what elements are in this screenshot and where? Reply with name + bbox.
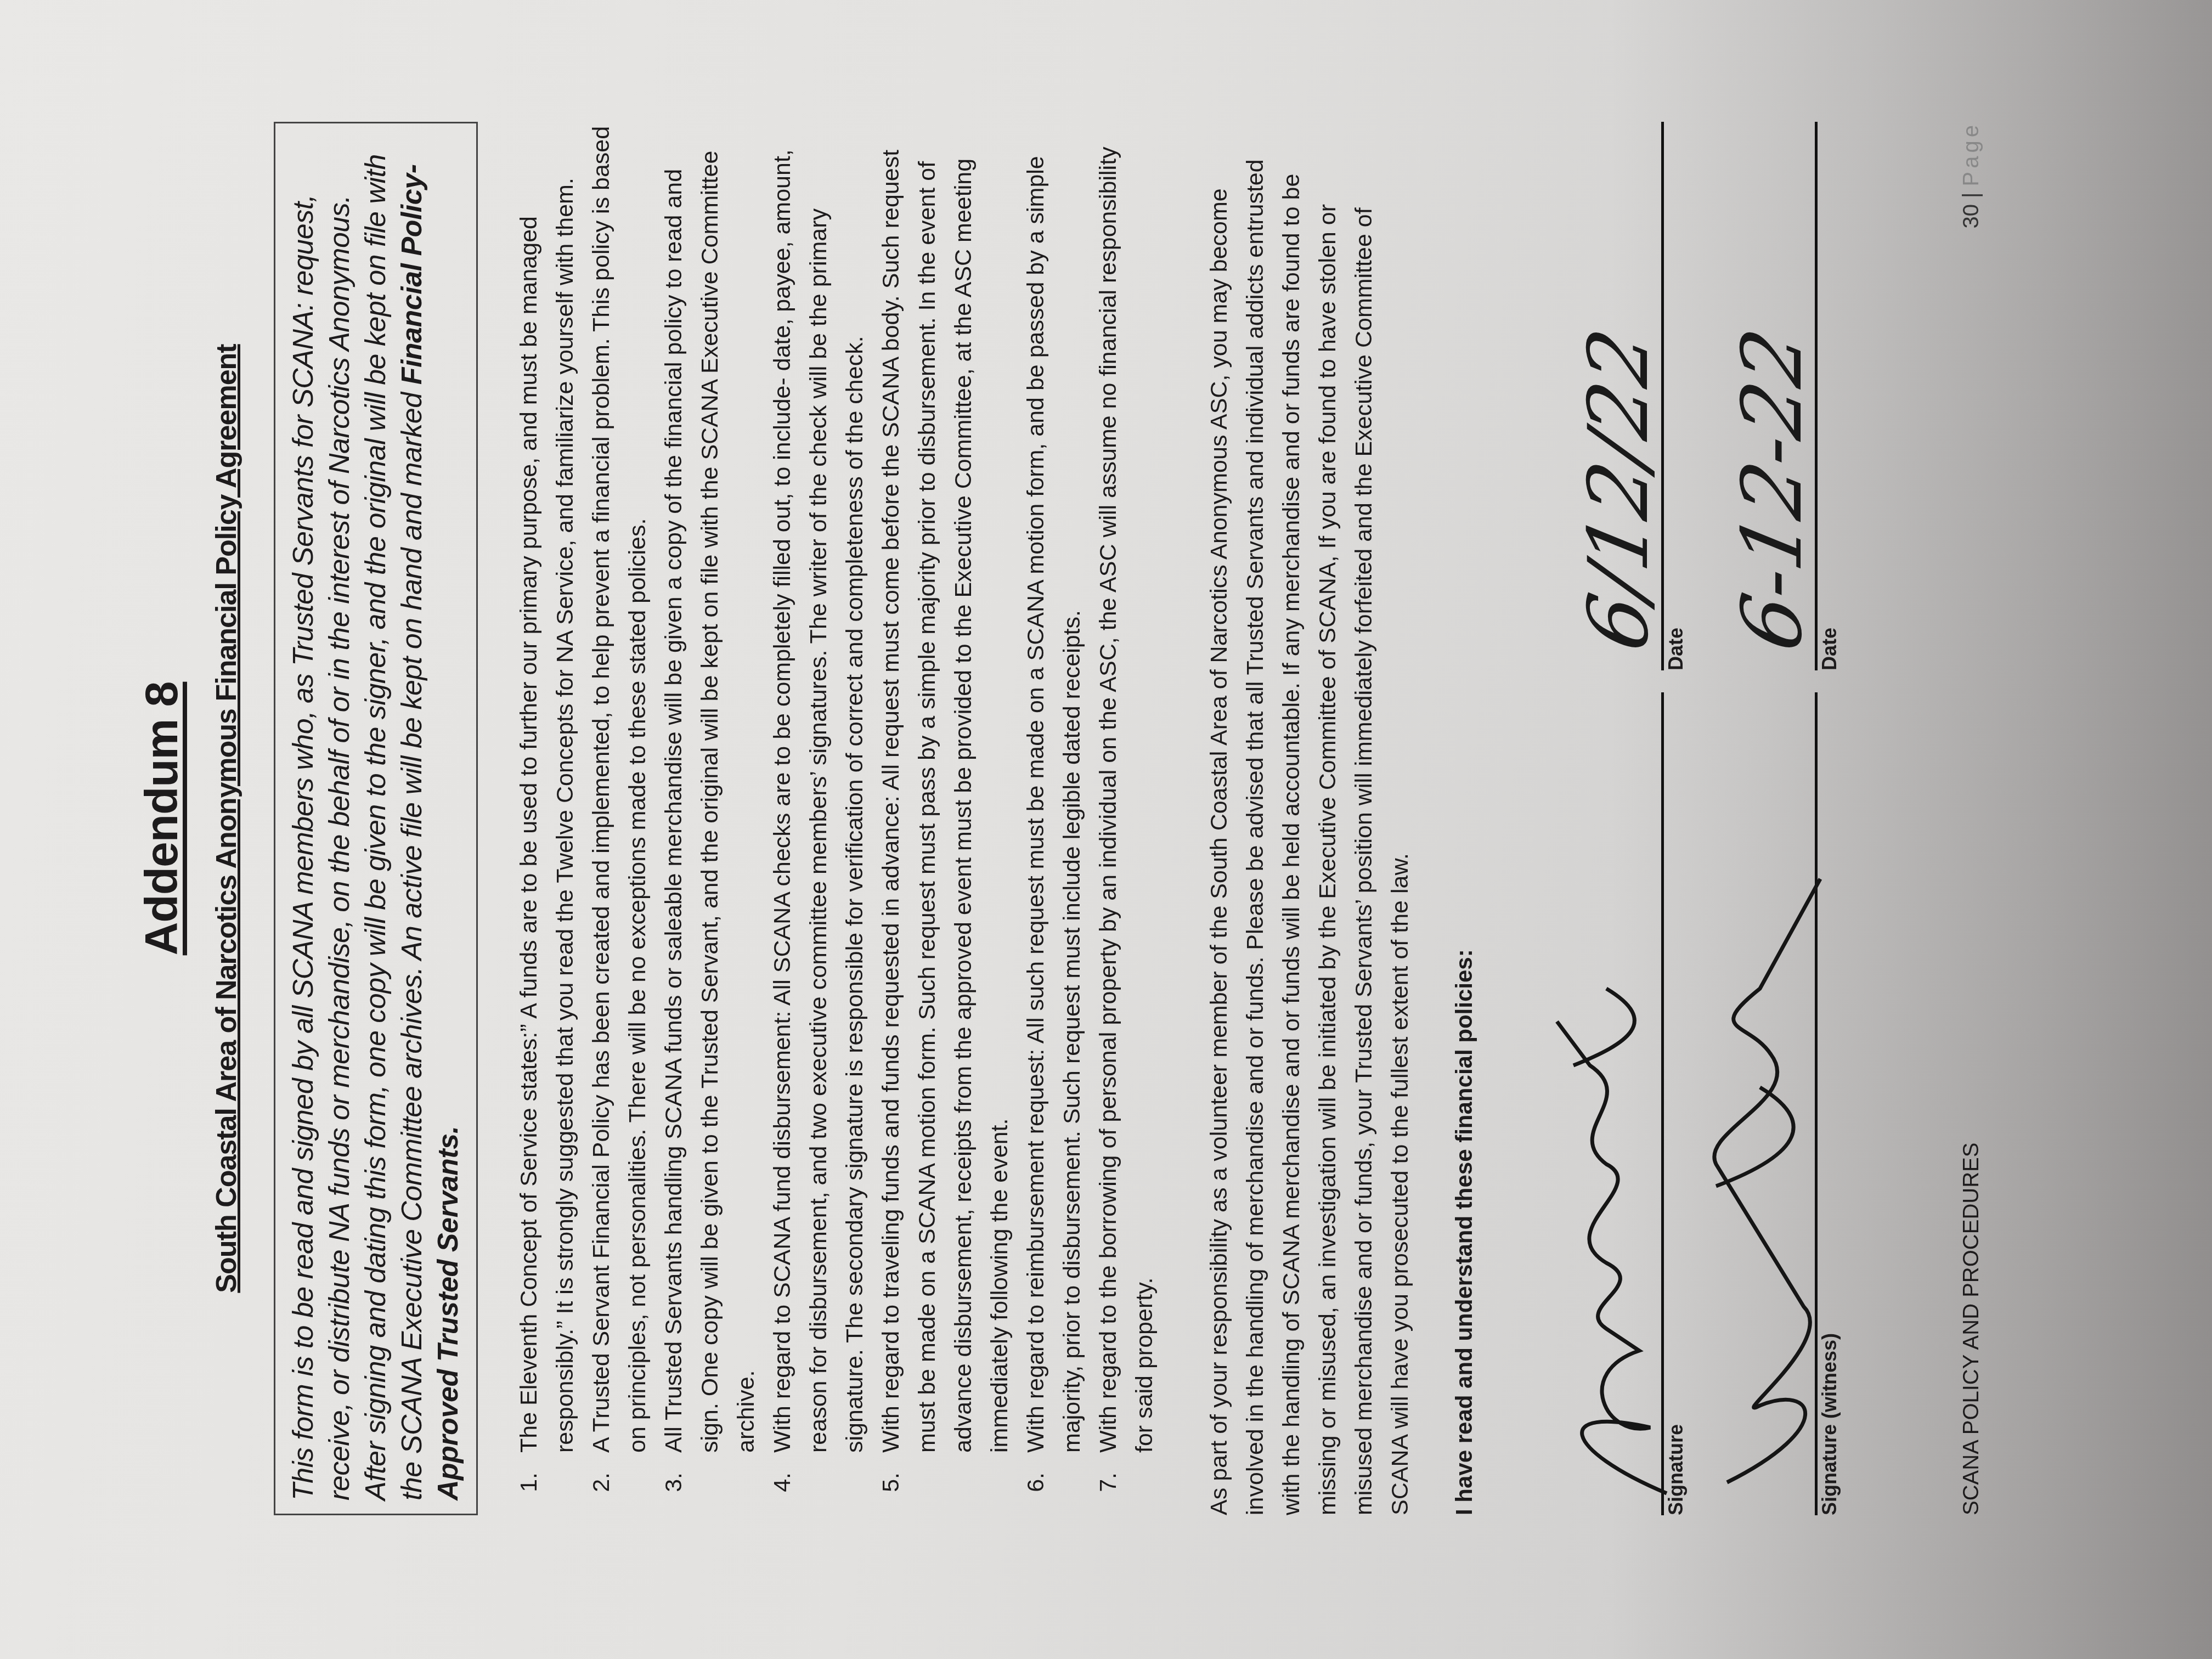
policy-rule: A Trusted Servant Financial Policy has b… xyxy=(583,122,656,1466)
policy-rule: With regard to SCANA fund disbursement: … xyxy=(764,122,873,1466)
responsibility-paragraph: As part of your responsibility as a volu… xyxy=(1201,122,1418,1515)
handwritten-signature-icon xyxy=(1541,692,1683,1515)
date-value: 6/12/22 xyxy=(1571,321,1667,658)
policy-rules-list: The Eleventh Concept of Service states:”… xyxy=(511,122,1163,1515)
witness-date-label: Date xyxy=(1818,628,1841,670)
policy-rule: The Eleventh Concept of Service states:”… xyxy=(511,122,583,1466)
page-title: Addendum 8 xyxy=(135,122,188,1515)
witness-signature-label: Signature (witness) xyxy=(1818,1333,1841,1515)
page-subtitle: South Coastal Area of Narcotics Anonymou… xyxy=(210,122,243,1515)
signature-row: Signature 6/12/22 Date xyxy=(1560,122,1664,1515)
witness-signature-row: Signature (witness) 6-12-22 Date xyxy=(1713,122,1818,1515)
policy-rule: All Trusted Servants handling SCANA fund… xyxy=(656,122,764,1466)
date-field[interactable]: 6/12/22 Date xyxy=(1562,122,1664,670)
signature-field[interactable]: Signature xyxy=(1562,692,1664,1515)
page-word: Page xyxy=(1959,122,1983,186)
handwritten-witness-signature-icon xyxy=(1694,692,1837,1515)
witness-date-field[interactable]: 6-12-22 Date xyxy=(1716,122,1818,670)
date-label: Date xyxy=(1664,628,1688,670)
page-number-value: 30 xyxy=(1959,204,1983,229)
policy-rule: With regard to reimbursement request: Al… xyxy=(1018,122,1090,1466)
notice-box: This form is to be read and signed by al… xyxy=(274,122,478,1515)
witness-signature-field[interactable]: Signature (witness) xyxy=(1716,692,1818,1515)
acknowledgement-text: I have read and understand these financi… xyxy=(1451,122,1477,1515)
policy-rule: With regard to the borrowing of personal… xyxy=(1090,122,1163,1466)
policy-rule: With regard to traveling funds and funds… xyxy=(873,122,1018,1466)
document-page: Addendum 8 South Coastal Area of Narcoti… xyxy=(25,23,2055,1614)
signature-label: Signature xyxy=(1664,1424,1688,1515)
footer-title: SCANA POLICY AND PROCEDURES xyxy=(1959,1143,1984,1515)
witness-date-value: 6-12-22 xyxy=(1725,321,1820,659)
page-number: 30 | Page xyxy=(1959,122,1984,229)
page-footer: SCANA POLICY AND PROCEDURES 30 | Page xyxy=(1959,122,1984,1515)
